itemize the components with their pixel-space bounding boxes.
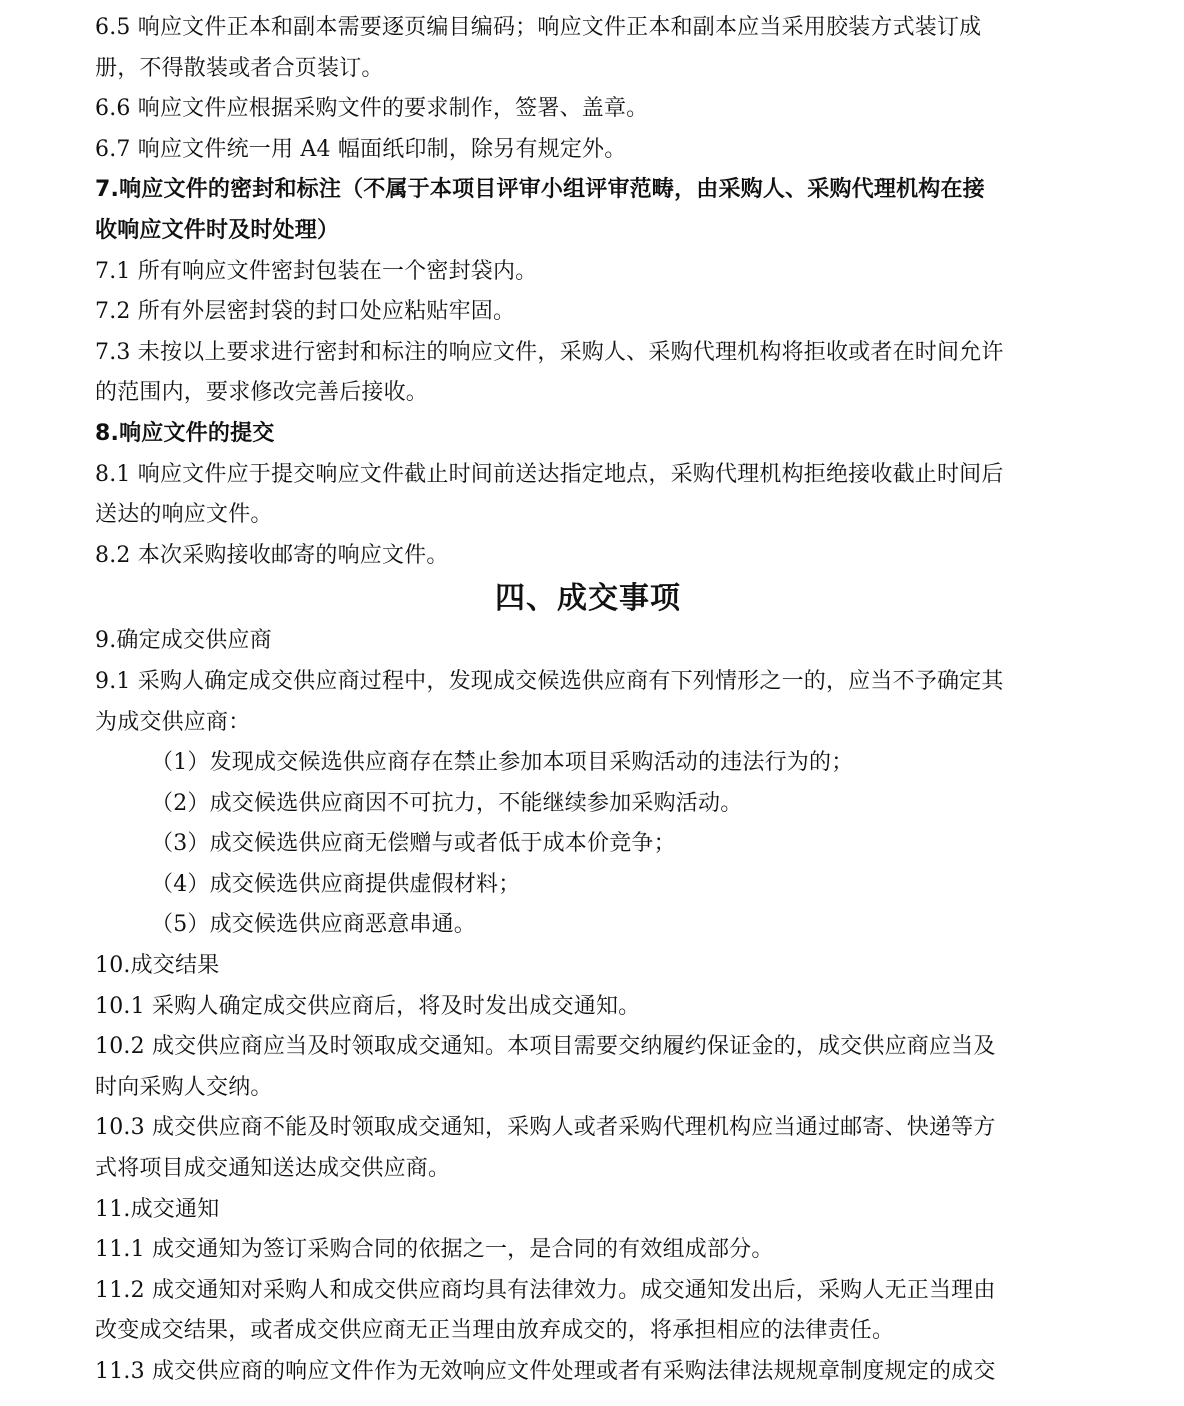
clause-6-5-line-2: 册，不得散装或者合页装订。 [95, 49, 1081, 90]
section-10-heading: 10.成交结果 [95, 946, 1081, 987]
section-7-heading-line-2: 收响应文件时及时处理） [95, 211, 1081, 252]
section-11-heading: 11.成交通知 [95, 1190, 1081, 1231]
section-9-heading: 9.确定成交供应商 [95, 621, 1081, 662]
clause-11-2-line-2: 改变成交结果，或者成交供应商无正当理由放弃成交的，将承担相应的法律责任。 [95, 1311, 1081, 1352]
clause-9-1-line-2: 为成交供应商： [95, 703, 1081, 744]
clause-7-3-line-1: 7.3 未按以上要求进行密封和标注的响应文件，采购人、采购代理机构将拒收或者在时… [95, 333, 1081, 374]
document-page: 6.5 响应文件正本和副本需要逐页编目编码；响应文件正本和副本应当采用胶装方式装… [95, 8, 1081, 1393]
clause-8-2: 8.2 本次采购接收邮寄的响应文件。 [95, 536, 1081, 577]
section-8-heading: 8.响应文件的提交 [95, 414, 1081, 455]
list-item-4: （4）成交候选供应商提供虚假材料； [95, 865, 1081, 906]
clause-11-3-line-1: 11.3 成交供应商的响应文件作为无效响应文件处理或者有采购法律法规规章制度规定… [95, 1352, 1081, 1393]
clause-10-2-line-2: 时向采购人交纳。 [95, 1068, 1081, 1109]
list-item-2: （2）成交候选供应商因不可抗力，不能继续参加采购活动。 [95, 784, 1081, 825]
clause-8-1-line-1: 8.1 响应文件应于提交响应文件截止时间前送达指定地点，采购代理机构拒绝接收截止… [95, 455, 1081, 496]
clause-8-1-line-2: 送达的响应文件。 [95, 495, 1081, 536]
clause-10-3-line-2: 式将项目成交通知送达成交供应商。 [95, 1149, 1081, 1190]
clause-11-2-line-1: 11.2 成交通知对采购人和成交供应商均具有法律效力。成交通知发出后，采购人无正… [95, 1271, 1081, 1312]
clause-9-1-line-1: 9.1 采购人确定成交供应商过程中，发现成交候选供应商有下列情形之一的，应当不予… [95, 662, 1081, 703]
list-item-1: （1）发现成交候选供应商存在禁止参加本项目采购活动的违法行为的； [95, 743, 1081, 784]
clause-7-3-line-2: 的范围内，要求修改完善后接收。 [95, 373, 1081, 414]
clause-10-1: 10.1 采购人确定成交供应商后，将及时发出成交通知。 [95, 987, 1081, 1028]
clause-6-7: 6.7 响应文件统一用 A4 幅面纸印制，除另有规定外。 [95, 130, 1081, 171]
section-7-heading-line-1: 7.响应文件的密封和标注（不属于本项目评审小组评审范畴，由采购人、采购代理机构在… [95, 170, 1081, 211]
clause-11-1: 11.1 成交通知为签订采购合同的依据之一，是合同的有效组成部分。 [95, 1230, 1081, 1271]
list-item-3: （3）成交候选供应商无偿赠与或者低于成本价竞争； [95, 824, 1081, 865]
chapter-heading: 四、成交事项 [95, 576, 1081, 621]
clause-6-5-line-1: 6.5 响应文件正本和副本需要逐页编目编码；响应文件正本和副本应当采用胶装方式装… [95, 8, 1081, 49]
clause-10-3-line-1: 10.3 成交供应商不能及时领取成交通知，采购人或者采购代理机构应当通过邮寄、快… [95, 1108, 1081, 1149]
clause-7-1: 7.1 所有响应文件密封包装在一个密封袋内。 [95, 252, 1081, 293]
clause-10-2-line-1: 10.2 成交供应商应当及时领取成交通知。本项目需要交纳履约保证金的，成交供应商… [95, 1027, 1081, 1068]
list-item-5: （5）成交候选供应商恶意串通。 [95, 905, 1081, 946]
clause-6-6: 6.6 响应文件应根据采购文件的要求制作，签署、盖章。 [95, 89, 1081, 130]
clause-7-2: 7.2 所有外层密封袋的封口处应粘贴牢固。 [95, 292, 1081, 333]
